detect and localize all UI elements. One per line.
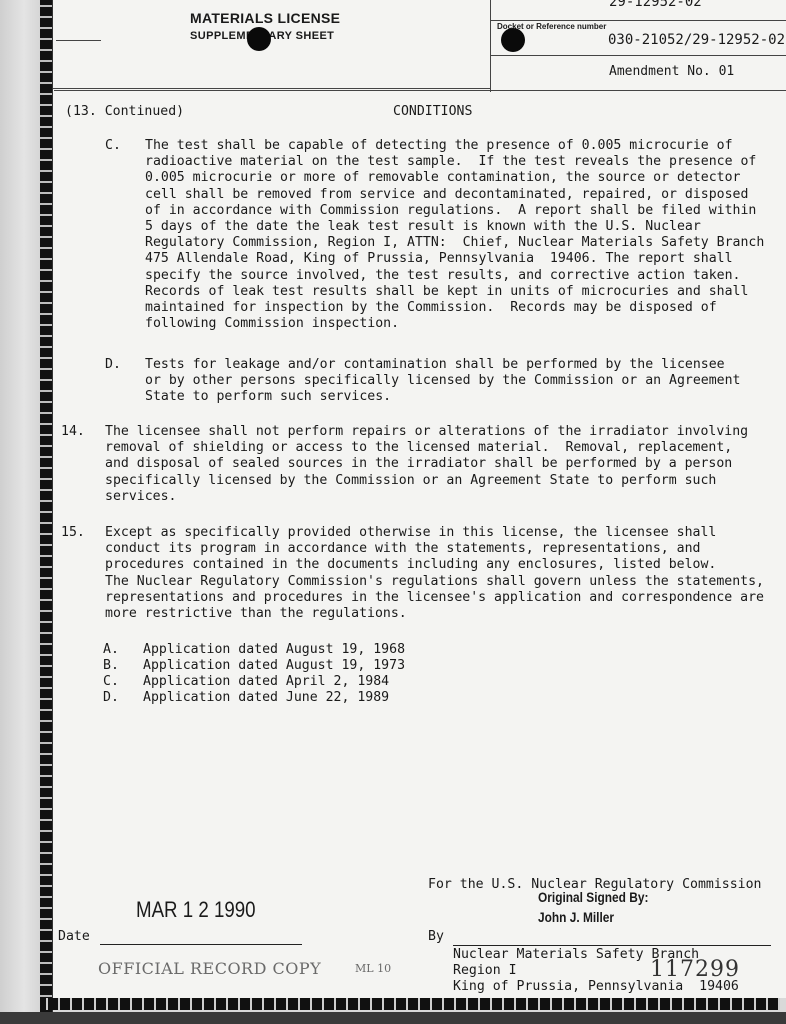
item-14-text: The licensee shall not perform repairs o…	[105, 424, 748, 505]
ml-code: ML 10	[355, 962, 391, 975]
condition-label: D.	[105, 357, 121, 373]
list-item: D.Application dated June 22, 1989	[103, 690, 405, 706]
signer-name: John J. Miller	[538, 907, 648, 927]
condition-c-text: The test shall be capable of detecting t…	[145, 138, 764, 332]
document-title: MATERIALS LICENSE	[190, 10, 340, 26]
scan-margin	[0, 0, 40, 1024]
signature-line	[453, 945, 771, 946]
item-15-text: Except as specifically provided otherwis…	[105, 525, 764, 622]
section-continued: (13. Continued)	[65, 104, 184, 120]
item-label: 15.	[61, 525, 85, 541]
item-label: 14.	[61, 424, 85, 440]
license-page: MATERIALS LICENSE SUPPLEMENTARY SHEET 29…	[53, 0, 786, 998]
header-right-box: 29-12952-02 Docket or Reference number 0…	[490, 0, 786, 92]
scan-edge	[0, 1012, 786, 1024]
original-signed-label: Original Signed By:	[538, 887, 648, 907]
list-item: B.Application dated August 19, 1973	[103, 658, 405, 674]
handwritten-mark	[56, 40, 101, 41]
applications-list: A.Application dated August 19, 1968 B.Ap…	[103, 642, 405, 706]
amendment-number: Amendment No. 01	[609, 64, 734, 79]
by-label: By	[428, 929, 444, 945]
stamp-number: 117299	[650, 957, 740, 982]
perforated-border-left	[40, 0, 53, 1012]
header-bottom-rule	[54, 90, 786, 91]
condition-label: C.	[105, 138, 121, 154]
divider	[491, 55, 786, 56]
signature-stamp: Original Signed By: John J. Miller	[538, 887, 648, 927]
date-stamp: MAR 1 2 1990	[136, 897, 256, 923]
license-number: 29-12952-02	[609, 0, 702, 10]
perforated-border-bottom	[40, 998, 780, 1010]
punch-hole-icon	[501, 28, 525, 52]
list-item: A.Application dated August 19, 1968	[103, 642, 405, 658]
condition-d-text: Tests for leakage and/or contamination s…	[145, 357, 740, 406]
list-item: C.Application dated April 2, 1984	[103, 674, 405, 690]
divider	[491, 20, 786, 21]
date-label: Date	[58, 929, 90, 945]
date-line	[100, 944, 302, 945]
docket-number: 030-21052/29-12952-02	[608, 32, 785, 48]
official-record-copy: OFFICIAL RECORD COPY	[98, 959, 321, 978]
punch-hole-icon	[247, 27, 271, 51]
header-left-box: MATERIALS LICENSE SUPPLEMENTARY SHEET	[53, 0, 490, 89]
section-title: CONDITIONS	[393, 104, 472, 120]
